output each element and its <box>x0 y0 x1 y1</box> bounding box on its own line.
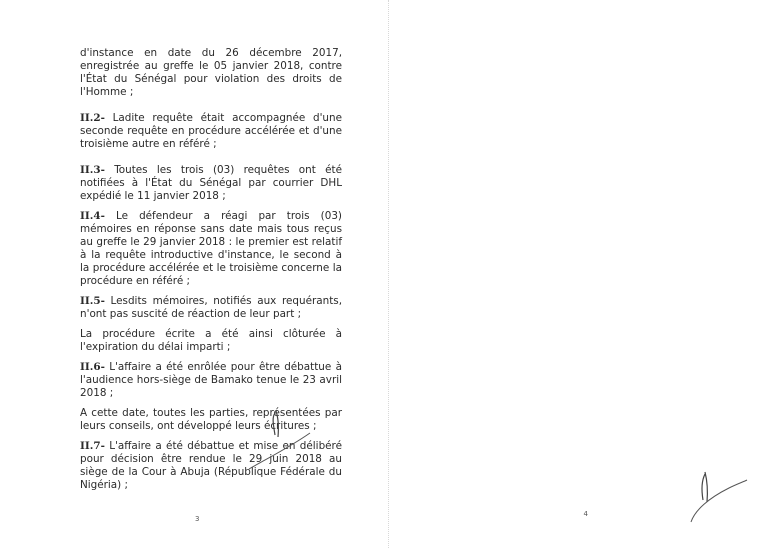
paragraph-ii3: II.3- Toutes les trois (03) requêtes ont… <box>80 164 342 203</box>
paragraph-text: Ladite requête était accompagnée d'une s… <box>80 112 342 150</box>
document-spread: d'instance en date du 26 décembre 2017, … <box>0 0 776 548</box>
paragraph-ii6: II.6- L'affaire a été enrôlée pour être … <box>80 361 342 400</box>
paragraph-ii2: II.2- Ladite requête était accompagnée d… <box>80 112 342 151</box>
signature-mark-icon <box>245 405 315 470</box>
signature-mark-icon <box>689 470 749 525</box>
paragraph-text: La procédure écrite a été ainsi clôturée… <box>80 328 342 353</box>
page-4: III- MOYENS ET PRETENTIONS DES PARTIES I… <box>389 0 776 548</box>
paragraph-text: Toutes les trois (03) requêtes ont été n… <box>80 164 342 202</box>
paragraph-ii5: II.5- Lesdits mémoires, notifiés aux req… <box>80 295 342 321</box>
paragraph-number: II.6- <box>80 361 105 373</box>
paragraph-number: II.5- <box>80 295 105 307</box>
paragraph-text: Lesdits mémoires, notifiés aux requérant… <box>80 295 342 320</box>
page-number: 4 <box>584 510 588 518</box>
paragraph-procedure-closed: La procédure écrite a été ainsi clôturée… <box>80 328 342 354</box>
page-3: d'instance en date du 26 décembre 2017, … <box>0 0 389 548</box>
paragraph-number: II.2- <box>80 112 105 124</box>
paragraph-ii1-continued: d'instance en date du 26 décembre 2017, … <box>80 47 342 99</box>
paragraph-text: Le défendeur a réagi par trois (03) mémo… <box>80 210 342 287</box>
paragraph-number: II.3- <box>80 164 105 176</box>
paragraph-ii4: II.4- Le défendeur a réagi par trois (03… <box>80 210 342 288</box>
paragraph-number: II.7- <box>80 440 105 452</box>
paragraph-text: L'affaire a été enrôlée pour être débatt… <box>80 361 342 399</box>
page-number: 3 <box>195 515 199 523</box>
paragraph-number: II.4- <box>80 210 105 222</box>
paragraph-text: d'instance en date du 26 décembre 2017, … <box>80 47 342 98</box>
